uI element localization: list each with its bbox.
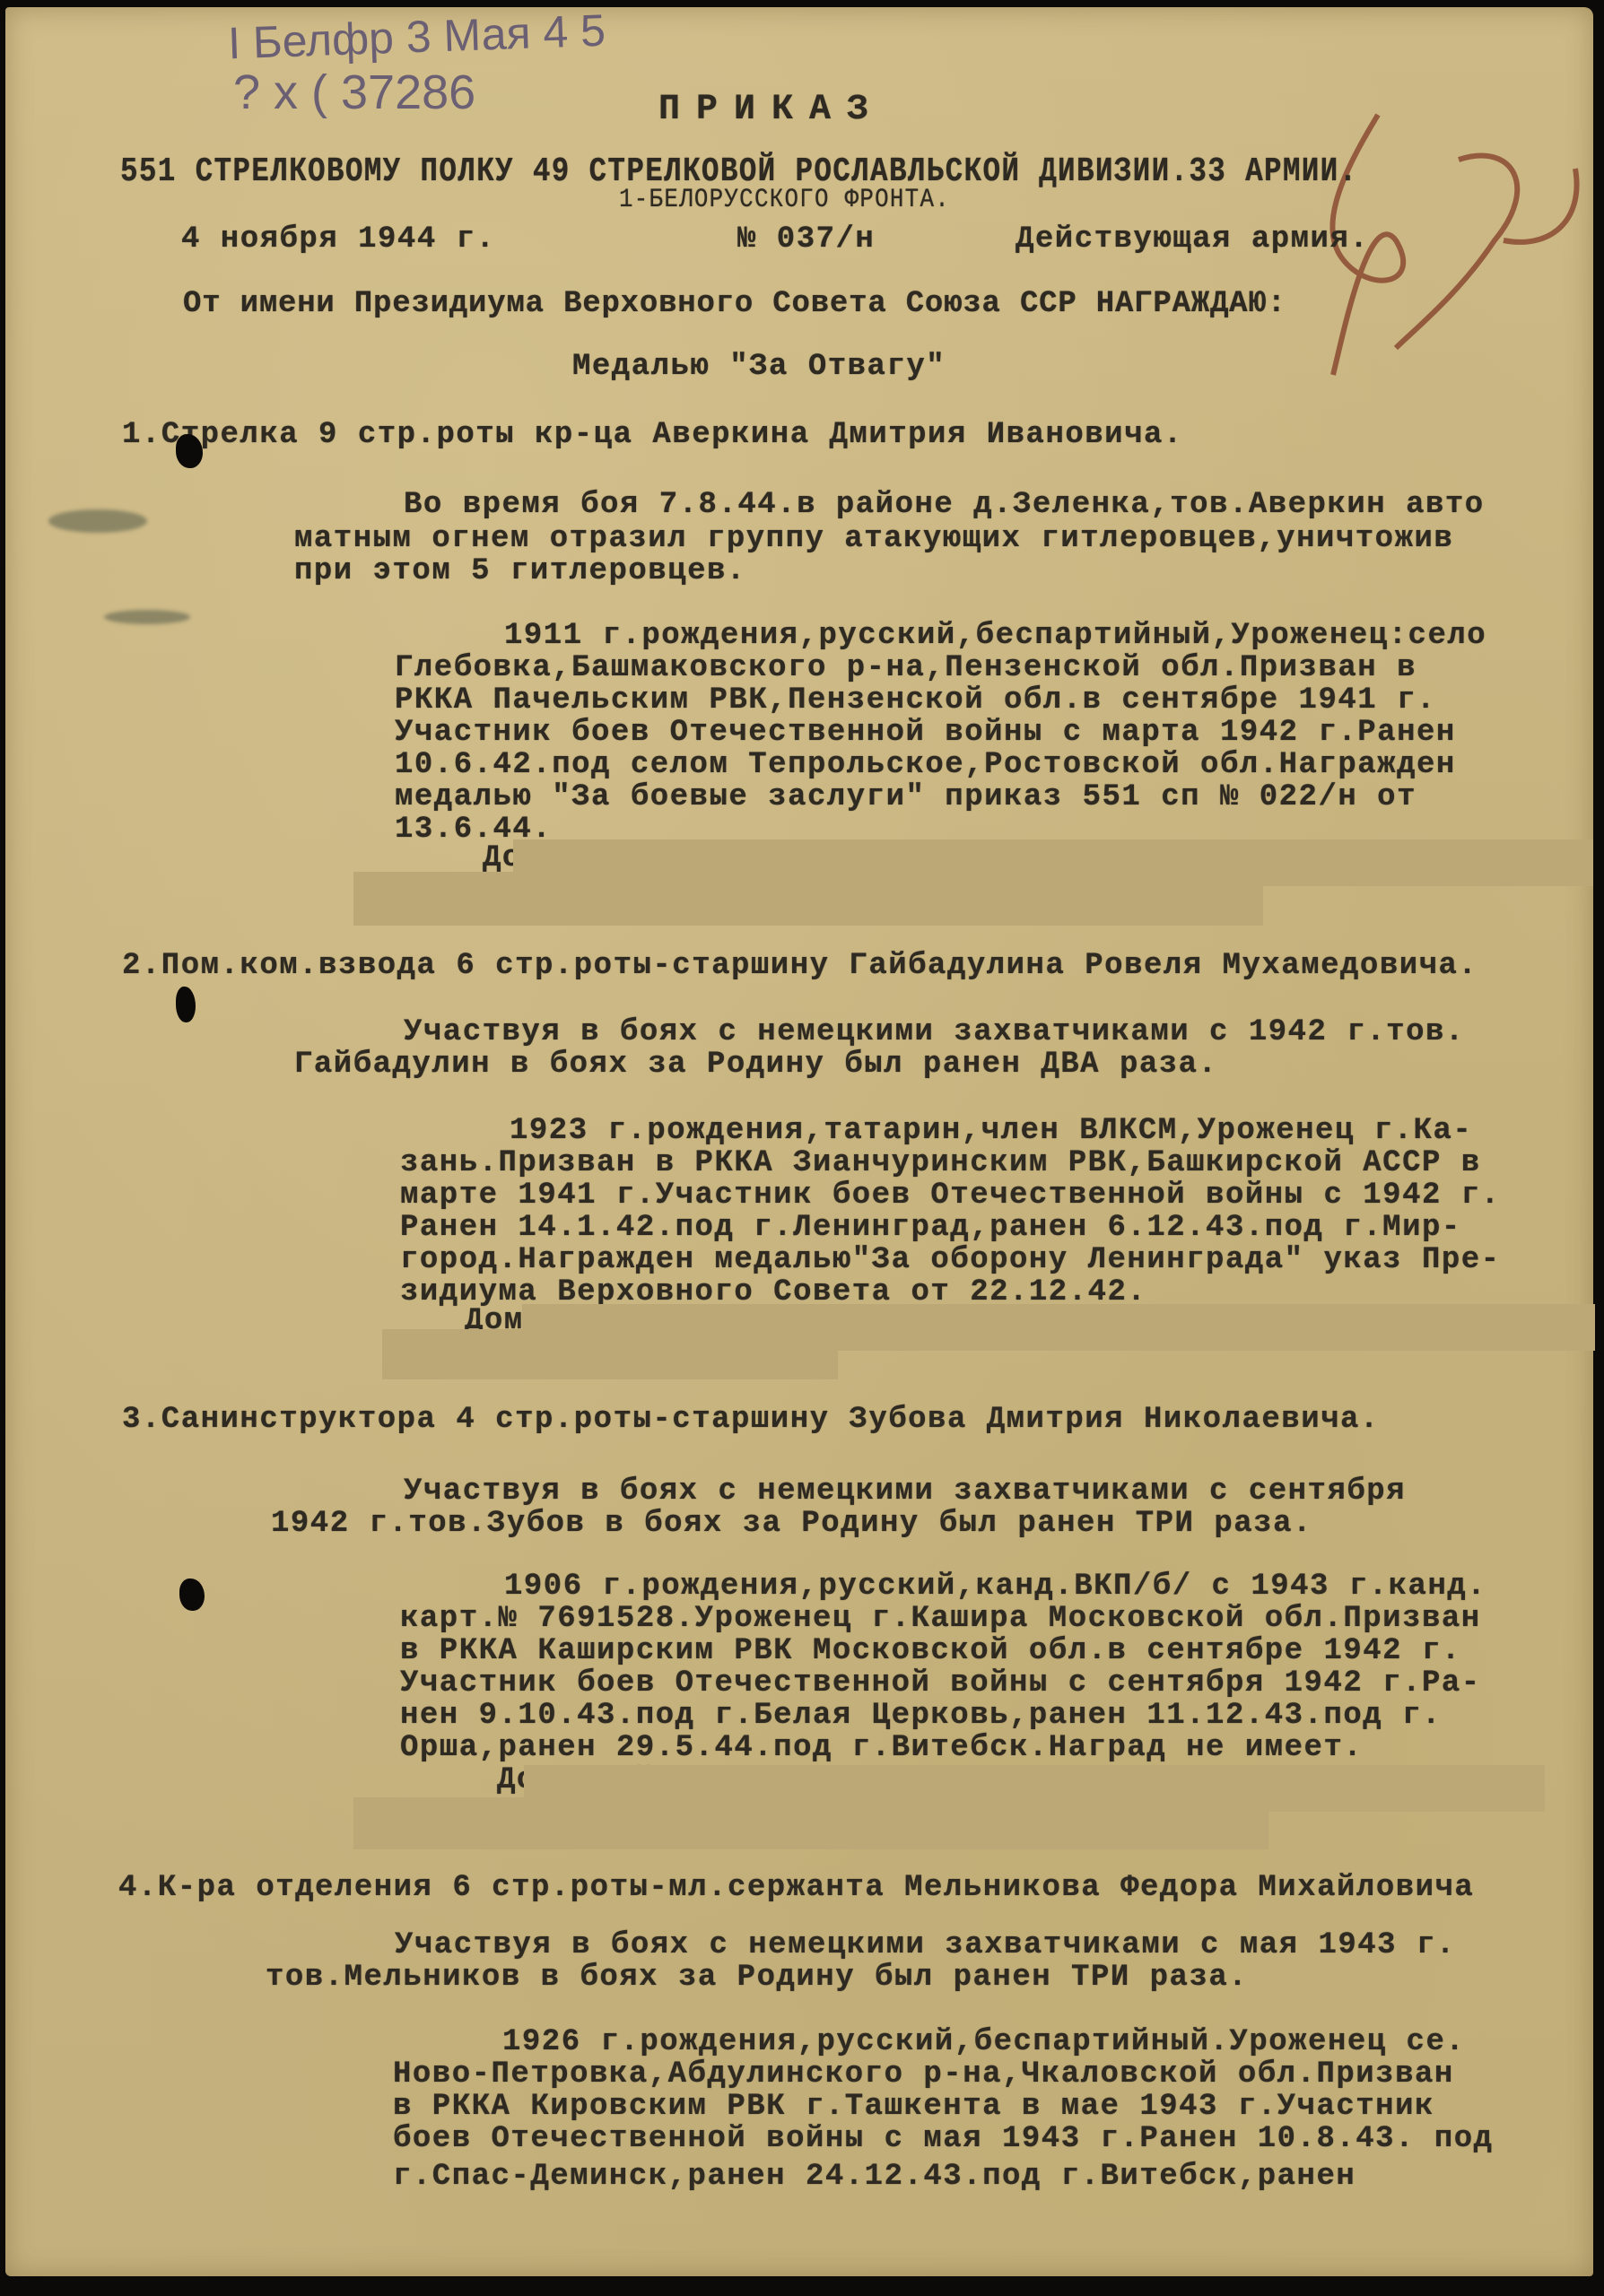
document-page: I Белфр 3 Мая 4 5 ? х ( 37286 ПРИКАЗ 551… bbox=[5, 7, 1593, 2276]
entry-bio-line: зань.Призван в РККА Зианчуринским РВК,Ба… bbox=[400, 1146, 1481, 1180]
entry-bio-line: 1926 г.рождения,русский,беспартийный.Уро… bbox=[502, 2025, 1465, 2059]
entry-bio-line: 1906 г.рождения,русский,канд.ВКП/б/ с 19… bbox=[504, 1570, 1486, 1604]
archive-stamp-number: ? х ( 37286 bbox=[233, 65, 475, 120]
ink-smudge bbox=[48, 509, 147, 533]
entry-deed-line: 1942 г.тов.Зубов в боях за Родину был ра… bbox=[271, 1507, 1312, 1541]
entry-bio-line: карт.№ 7691528.Уроженец г.Кашира Московс… bbox=[400, 1602, 1481, 1636]
entry-bio-line: марте 1941 г.Участник боев Отечественной… bbox=[400, 1178, 1501, 1213]
entry-bio-line: в РККА Кировским РВК г.Ташкента в мае 19… bbox=[393, 2090, 1434, 2124]
archive-stamp-line: I Белфр 3 Мая 4 5 bbox=[227, 4, 606, 70]
entry-deed-line: матным огнем отразил группу атакующих ги… bbox=[294, 522, 1453, 556]
entry-deed-line: Участвуя в боях с немецкими захватчиками… bbox=[404, 1015, 1465, 1049]
entry-heading: 4.К-ра отделения 6 стр.роты-мл.сержанта … bbox=[118, 1871, 1474, 1905]
entry-deed-line: Гайбадулин в боях за Родину был ранен ДВ… bbox=[294, 1048, 1217, 1082]
entry-bio-line: нен 9.10.43.под г.Белая Церковь,ранен 11… bbox=[400, 1699, 1442, 1733]
entry-bio-line: в РККА Каширским РВК Московской обл.в се… bbox=[400, 1634, 1461, 1668]
entry-bio-line: 10.6.42.под селом Тепрольское,Ростовской… bbox=[395, 748, 1456, 782]
entry-heading: 1.Стрелка 9 стр.роты кр-ца Аверкина Дмит… bbox=[122, 418, 1183, 452]
document-title: ПРИКАЗ bbox=[658, 90, 885, 130]
entry-bio-line: боев Отечественной войны с мая 1943 г.Ра… bbox=[393, 2122, 1494, 2156]
punch-hole bbox=[176, 987, 196, 1022]
entry-deed-line: Участвуя в боях с немецкими захватчиками… bbox=[404, 1474, 1406, 1509]
entry-heading: 3.Санинструктора 4 стр.роты-старшину Зуб… bbox=[122, 1403, 1380, 1437]
entry-bio-line: Участник боев Отечественной войны с март… bbox=[395, 716, 1456, 750]
entry-bio-line: Участник боев Отечественной войны с сент… bbox=[400, 1666, 1481, 1700]
entry-bio-line: Орша,ранен 29.5.44.под г.Витебск.Наград … bbox=[400, 1731, 1363, 1765]
entry-bio-line: РККА Пачельским РВК,Пензенской обл.в сен… bbox=[395, 683, 1436, 717]
entry-bio-line: Ранен 14.1.42.под г.Ленинград,ранен 6.12… bbox=[400, 1211, 1461, 1245]
entry-bio-line: медалью "За боевые заслуги" приказ 551 с… bbox=[395, 780, 1417, 814]
entry-deed-line: Участвуя в боях с немецкими захватчиками… bbox=[395, 1928, 1456, 1962]
entry-bio-line: Глебовка,Башмаковского р-на,Пензенской о… bbox=[395, 651, 1417, 685]
entry-bio-line: город.Награжден медалью"За оборону Ленин… bbox=[400, 1243, 1501, 1277]
redacted-address bbox=[353, 872, 1263, 926]
punch-hole bbox=[176, 434, 203, 468]
punch-hole bbox=[179, 1578, 205, 1611]
order-number: № 037/н bbox=[737, 222, 875, 257]
signature-mark bbox=[1243, 106, 1539, 330]
redacted-address bbox=[382, 1329, 838, 1379]
preamble: От имени Президиума Верховного Совета Со… bbox=[183, 287, 1286, 321]
entry-bio-line: 1923 г.рождения,татарин,член ВЛКСМ,Уроже… bbox=[510, 1114, 1472, 1148]
entry-bio-line: г.Спас-Деминск,ранен 24.12.43.под г.Вите… bbox=[393, 2160, 1356, 2194]
order-date: 4 ноября 1944 г. bbox=[181, 222, 495, 257]
front-line: 1-БЕЛОРУССКОГО ФРОНТА. bbox=[619, 185, 950, 215]
redacted-address bbox=[353, 1797, 1268, 1849]
entry-deed-line: Во время боя 7.8.44.в районе д.Зеленка,т… bbox=[404, 488, 1485, 522]
entry-deed-line: тов.Мельников в боях за Родину был ранен… bbox=[266, 1961, 1248, 1995]
order-location: Действующая армия. bbox=[1016, 222, 1369, 257]
entry-bio-line: Ново-Петровка,Абдулинского р-на,Чкаловск… bbox=[393, 2057, 1454, 2092]
ink-smudge bbox=[104, 610, 190, 624]
award-name: Медалью "За Отвагу" bbox=[572, 350, 946, 384]
entry-bio-line: 1911 г.рождения,русский,беспартийный,Уро… bbox=[504, 619, 1486, 653]
entry-deed-line: при этом 5 гитлеровцев. bbox=[294, 554, 746, 588]
entry-heading: 2.Пом.ком.взвода 6 стр.роты-старшину Гай… bbox=[122, 949, 1478, 983]
